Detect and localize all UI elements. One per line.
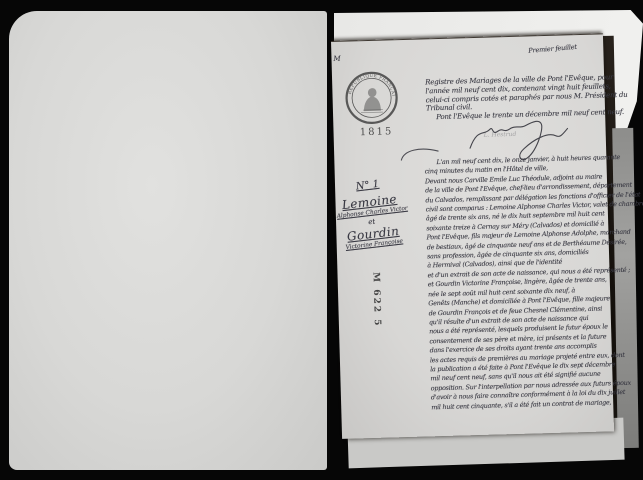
folio-label: Premier feuillet [528, 43, 577, 55]
margin-annotation: N° 1 Lemoine Alphonse Charles Victor et … [333, 176, 408, 252]
seated-figure-icon [363, 88, 381, 111]
register-page: M Premier feuillet RÉPUBLIQUE FRANÇAISE … [331, 33, 614, 438]
corner-mark: M [333, 55, 340, 63]
signature-text: L. Hestrud [483, 131, 517, 139]
book-scan: { "document": { "corner_mark": "M", "fol… [0, 0, 643, 480]
page-stack-edge [612, 128, 639, 448]
plate-number: 1815 [353, 126, 399, 138]
republique-francaise-seal-icon: RÉPUBLIQUE FRANÇAISE [343, 69, 401, 127]
left-blank-page [9, 11, 327, 470]
archive-stamp: M 622 5 [368, 265, 382, 335]
marriage-act-body: L'an mil neuf cent dix, le onze janvier,… [424, 153, 613, 412]
register-title-paragraph: Registre des Mariages de la ville de Pon… [425, 73, 606, 122]
